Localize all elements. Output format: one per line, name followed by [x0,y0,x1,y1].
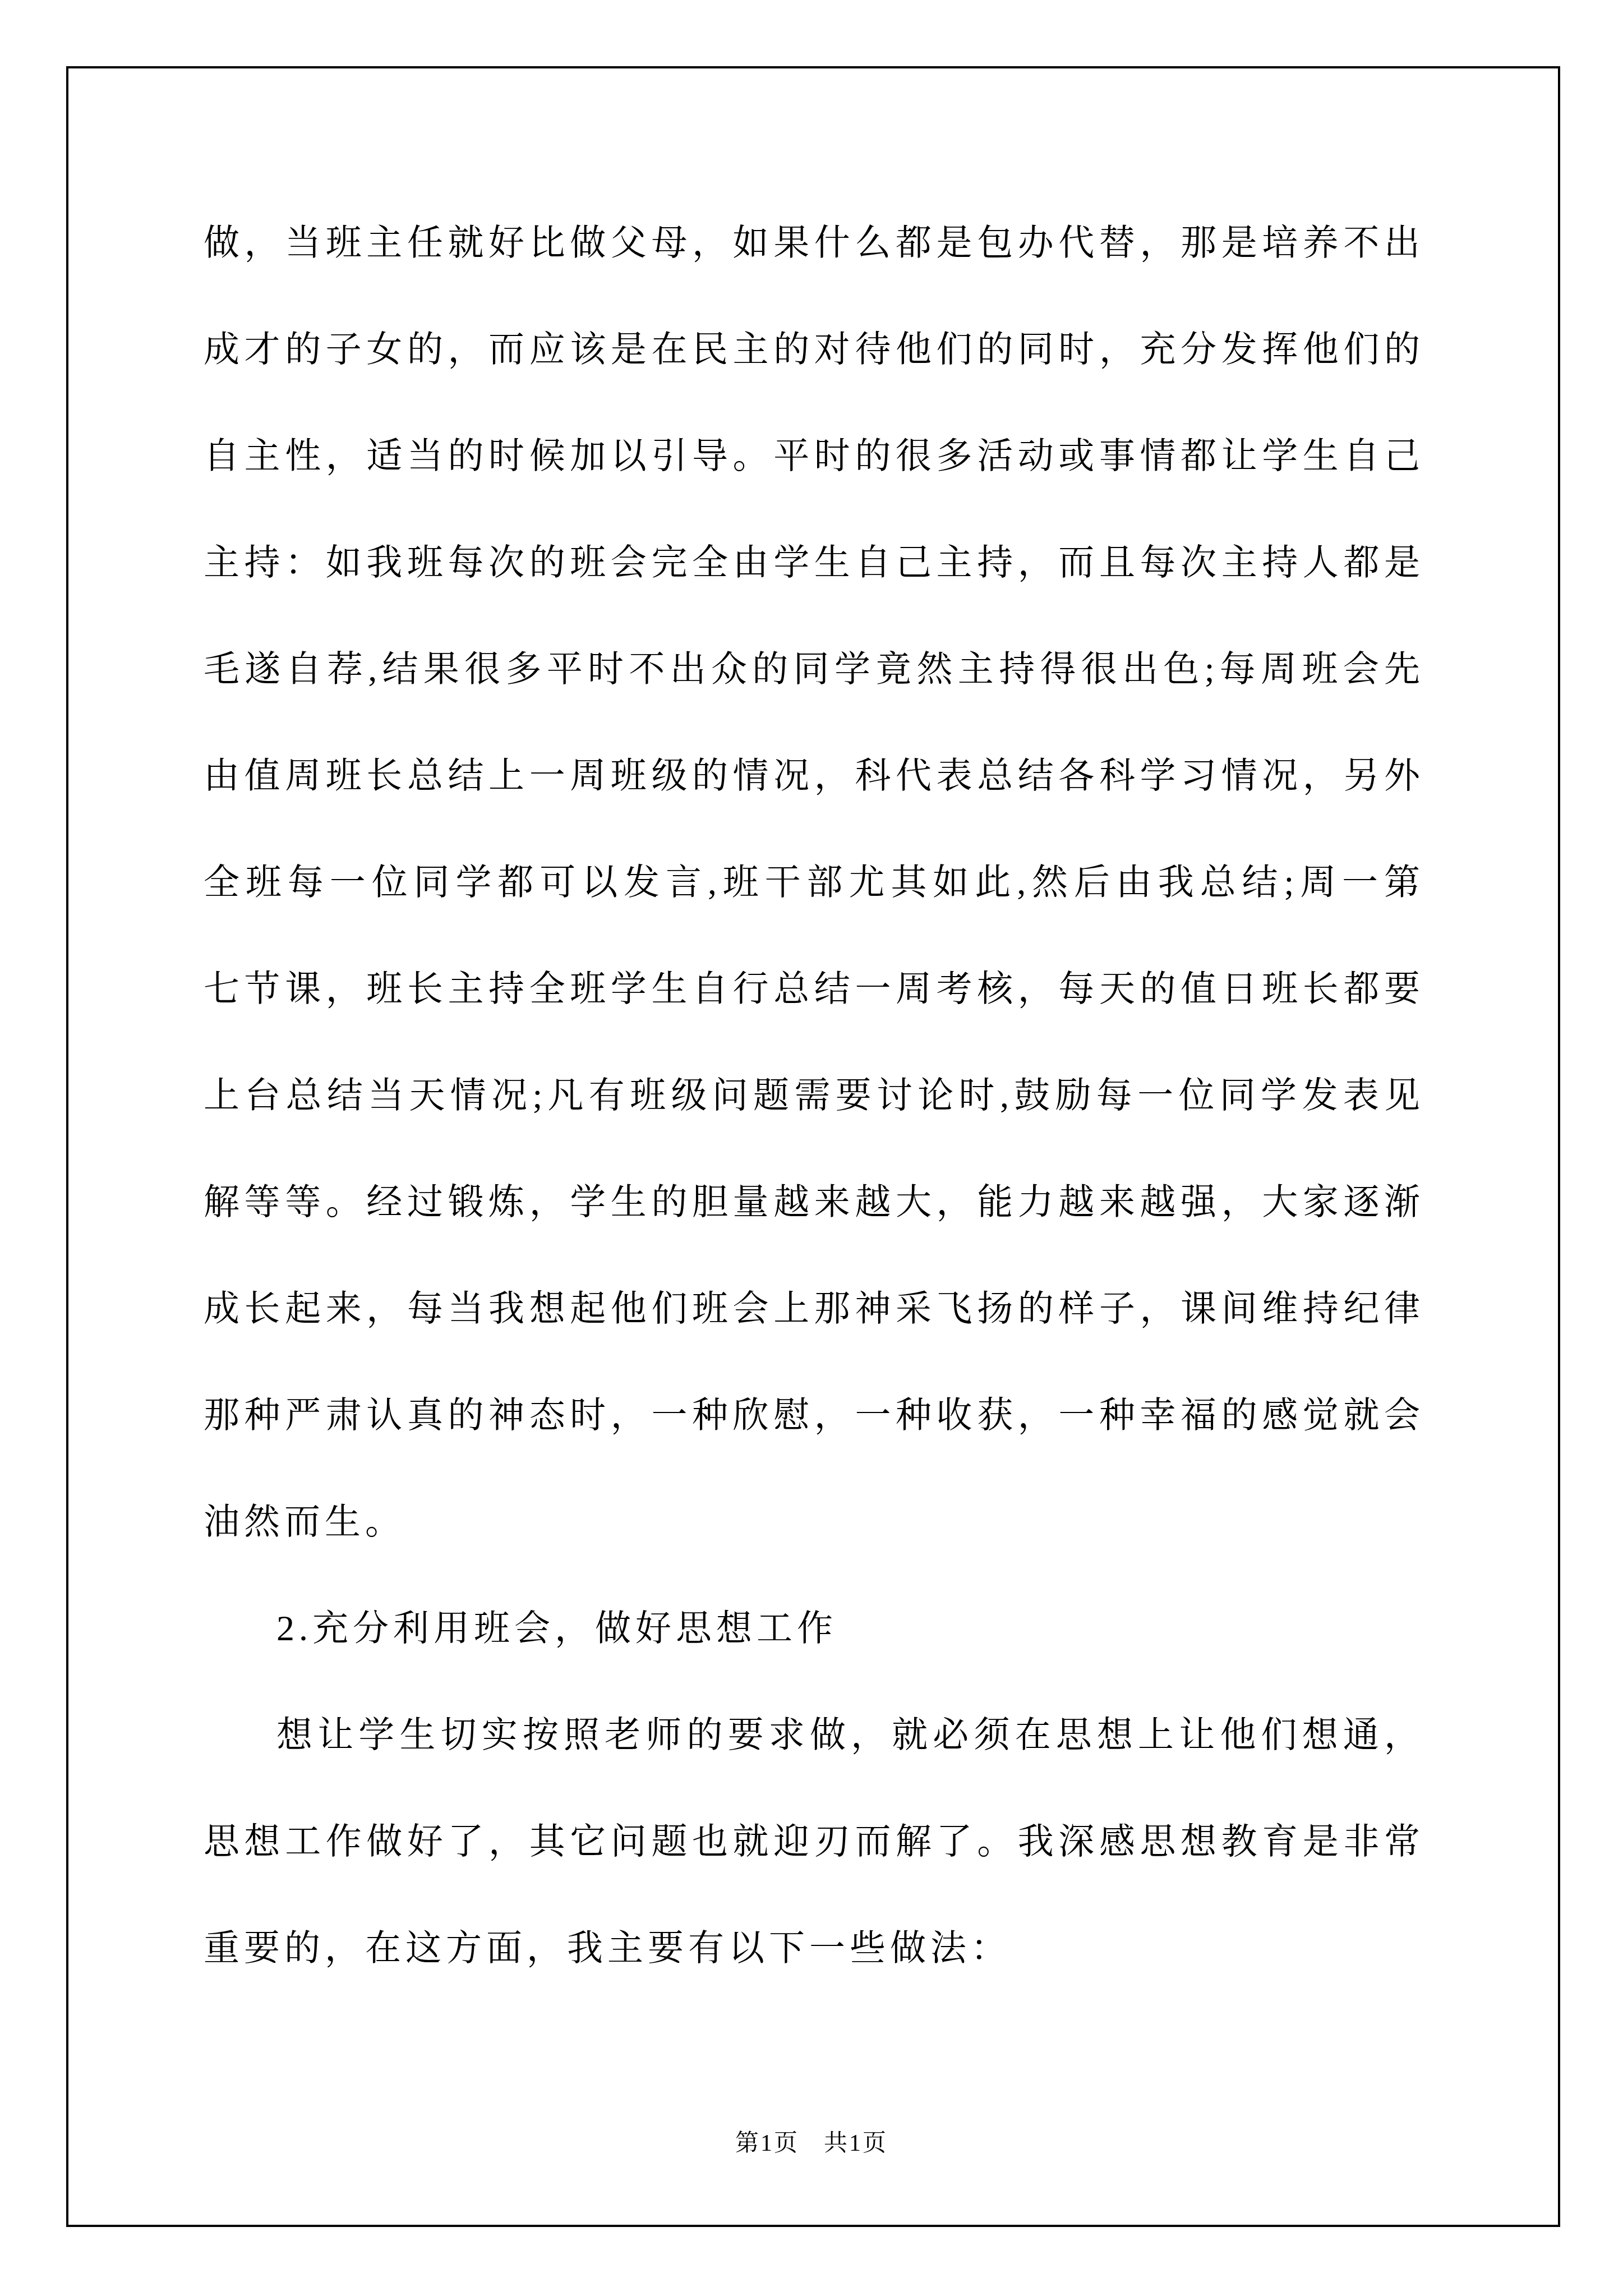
text-line: 全班每一位同学都可以发言,班干部尤其如此,然后由我总结;周一第 [204,829,1424,936]
text-line: 油然而生。 [204,1469,1424,1575]
text-line: 解等等。经过锻炼，学生的胆量越来越大，能力越来越强，大家逐渐 [204,1149,1424,1255]
text-line: 思想工作做好了，其它问题也就迎刃而解了。我深感思想教育是非常 [204,1788,1424,1895]
text-line: 由值周班长总结上一周班级的情况，科代表总结各科学习情况，另外 [204,723,1424,829]
page-number-current: 第1页 [735,2131,799,2156]
text-line-heading: 2.充分利用班会，做好思想工作 [204,1575,1424,1682]
text-line: 毛遂自荐,结果很多平时不出众的同学竟然主持得很出色;每周班会先 [204,616,1424,723]
text-line: 七节课，班长主持全班学生自行总结一周考核，每天的值日班长都要 [204,936,1424,1042]
text-line: 做，当班主任就好比做父母，如果什么都是包办代替，那是培养不出 [204,190,1424,296]
document-body-text: 做，当班主任就好比做父母，如果什么都是包办代替，那是培养不出 成才的子女的，而应… [204,190,1424,2001]
text-line: 重要的，在这方面，我主要有以下一些做法： [204,1895,1424,2001]
text-line: 主持：如我班每次的班会完全由学生自己主持，而且每次主持人都是 [204,509,1424,616]
page-footer: 第1页共1页 [0,2129,1623,2158]
text-line: 上台总结当天情况;凡有班级问题需要讨论时,鼓励每一位同学发表见 [204,1042,1424,1149]
text-line: 自主性，适当的时候加以引导。平时的很多活动或事情都让学生自己 [204,403,1424,509]
text-line: 成才的子女的，而应该是在民主的对待他们的同时，充分发挥他们的 [204,296,1424,403]
text-line: 那种严肃认真的神态时，一种欣慰，一种收获，一种幸福的感觉就会 [204,1362,1424,1469]
page-number-total: 共1页 [824,2131,888,2156]
text-line: 想让学生切实按照老师的要求做，就必须在思想上让他们想通， [204,1682,1424,1788]
text-line: 成长起来，每当我想起他们班会上那神采飞扬的样子，课间维持纪律 [204,1255,1424,1362]
